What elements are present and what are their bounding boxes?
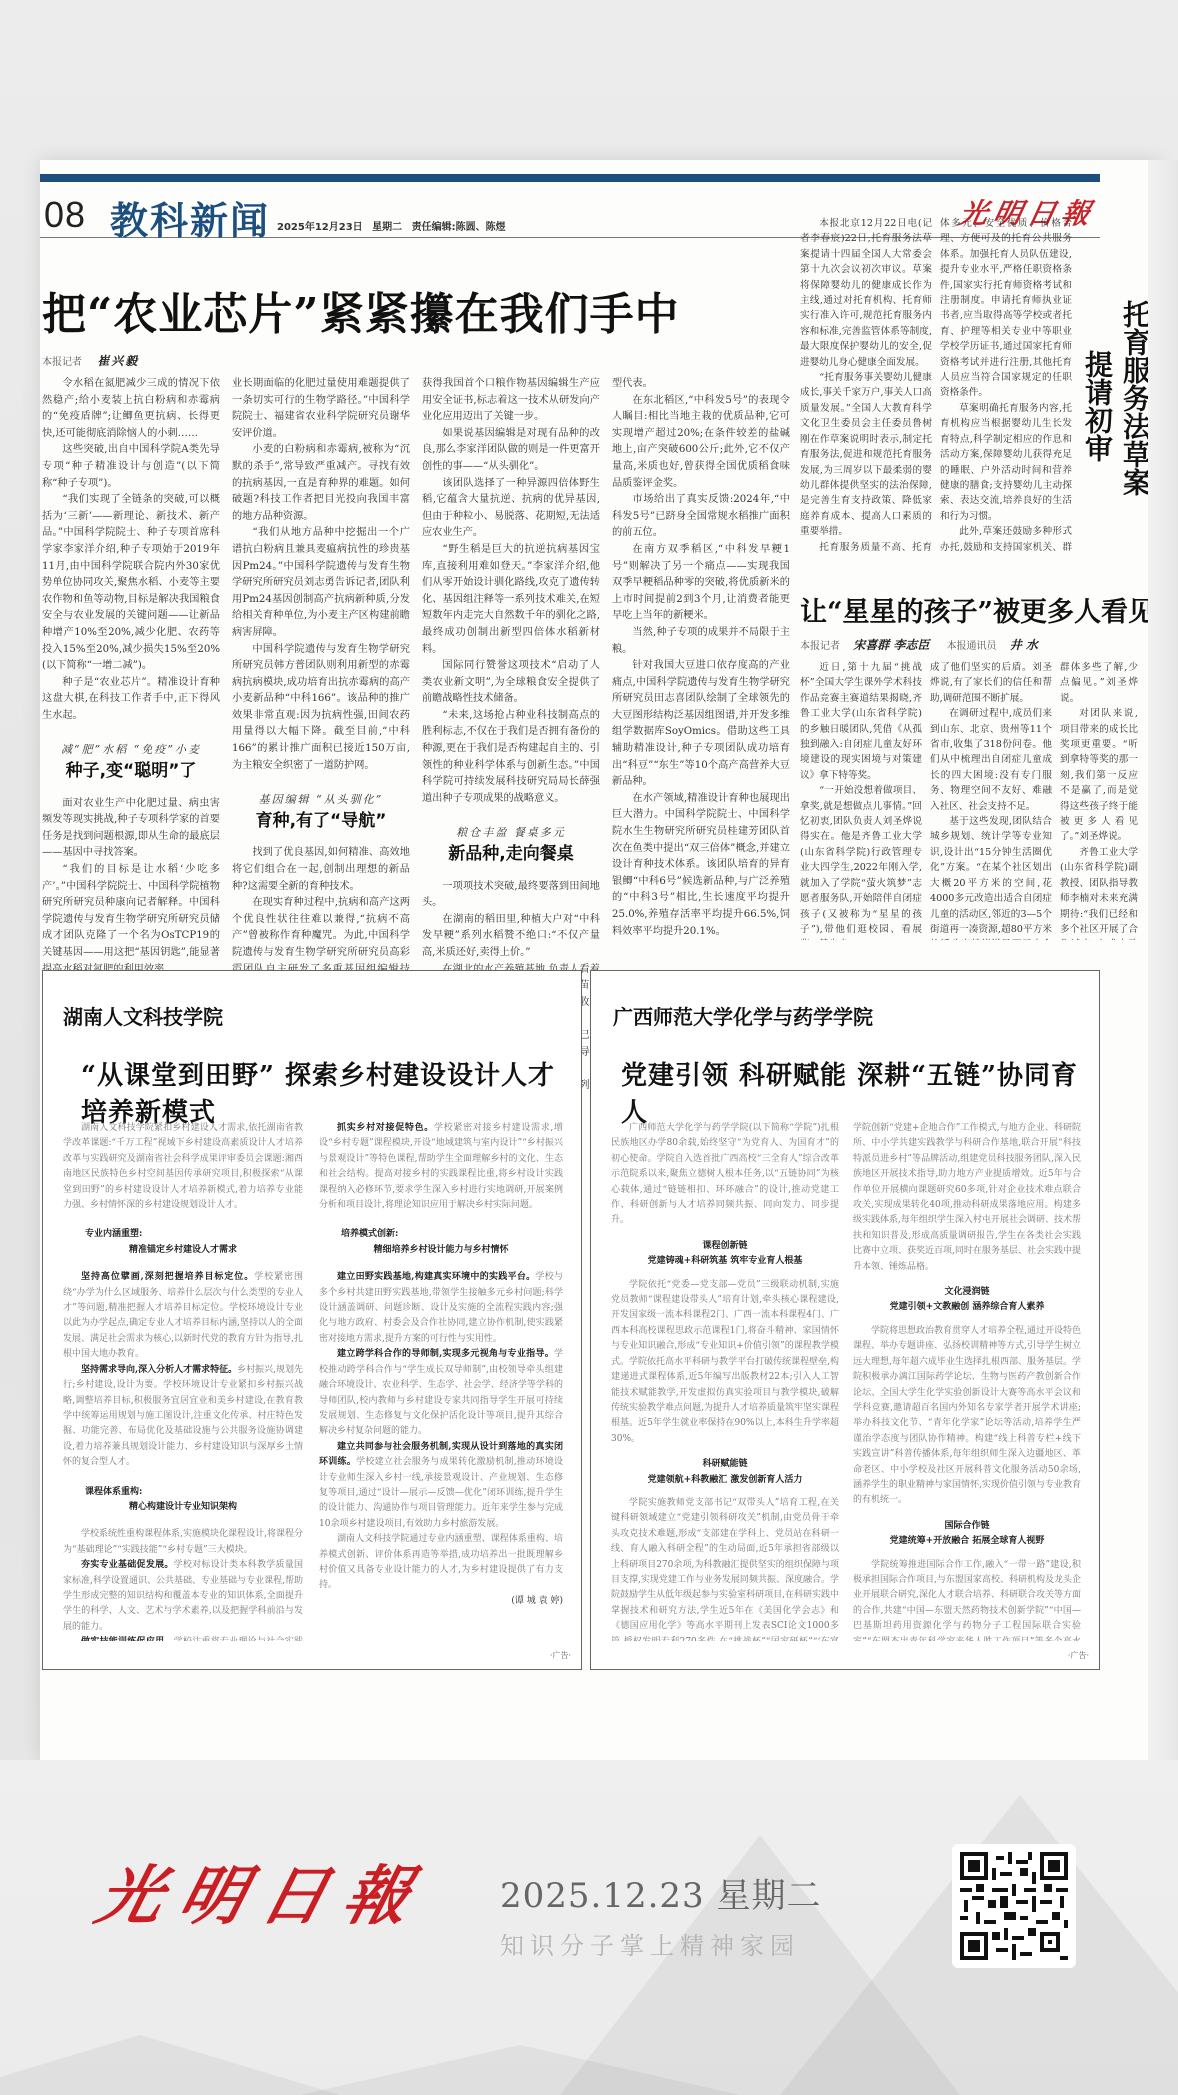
subhead-title: 新品种,走向餐桌 <box>422 846 600 863</box>
subhead-title: 种子,变“聪明”了 <box>42 763 220 780</box>
ad-guangxi: 广西师范大学化学与药学学院 党建引领 科研赋能 深耕“五链”协同育人 广西师范大… <box>590 970 1100 1670</box>
star-column-3: 群体多些了解,少点偏见。”刘圣烨说。 对团队来说,项目带来的成长比奖项更重要。“… <box>1060 660 1138 940</box>
paragraph: 获得我国首个口粮作物基因编辑生产应用安全证书,标志着这一技术从研发向产业化应用迈… <box>422 376 600 426</box>
paragraph: 学校对标设计类本科教学质量国家标准,科学设置通识、公共基础、专业基础与专业课程,… <box>63 1560 303 1632</box>
chain-name: 科研赋能链 <box>611 1457 839 1472</box>
page-edge-shadow <box>1148 160 1178 1760</box>
ad-subhead: 培养模式创新: 精细培养乡村设计能力与乡村情怀 <box>319 1227 563 1258</box>
paragraph: 种子是“农业芯片”。精准设计育种这盘大棋,在科技工作者手中,正下得风生水起。 <box>42 675 220 725</box>
paragraph: 一项项技术突破,最终要落到田间地头。 <box>422 879 600 912</box>
chain-subtitle: 党建铸魂+科研筑基 筑牢专业育人根基 <box>611 1254 839 1269</box>
subhead-title: 育种,有了“导航” <box>232 813 410 830</box>
paragraph: 基于这些发现,团队结合城乡规划、统计学等专业知识,设计出“15分钟生活圈优化”方… <box>930 814 1052 940</box>
signature: (谭 城 袁 婷) <box>319 1594 563 1609</box>
subhead-line-1: 课程体系重构: <box>63 1485 303 1500</box>
paragraph: 在湖南的稻田里,种植大户对“中科发早粳”系列水稻赞不绝口:“不仅产量高,米质还好… <box>422 912 600 962</box>
subhead-2: 基因编辑 “从头驯化” 育种,有了“导航” <box>232 792 410 829</box>
bold-lead: 做实技能训练促应用。 <box>81 1637 174 1641</box>
subhead-kicker: 减“肥”水稻 “免疫”小麦 <box>42 742 220 759</box>
mountain-decoration <box>0 2035 340 2095</box>
paragraph: 草案明确托育服务内容,托育机构应当根据婴幼儿生长发育特点,科学制定相应的作息和活… <box>940 401 1072 524</box>
paragraph: 学校建立社会服务与成果转化激励机制,推动环境设计专业师生深入乡村一线,承接景观设… <box>319 1457 563 1529</box>
paragraph: 广西师范大学化学与药学学院(以下简称“学院”)扎根民族地区办学80余载,始终坚守… <box>611 1121 839 1229</box>
paragraph: 市场给出了真实反馈:2024年,“中科发5号”已跻身全国常规水稻推广面积的前五位… <box>612 492 790 542</box>
star-column-1: 近日,第十九届“挑战杯”全国大学生课外学术科技作品竞赛主赛道结果揭晓,齐鲁工业大… <box>800 660 922 940</box>
paragraph: 齐鲁工业大学(山东省科学院)副教授、团队指导教师李楠对未来充满期待:“我们已经和… <box>1060 845 1138 940</box>
chain-subtitle: 党建引领+文教融创 涵养综合育人素养 <box>853 1300 1081 1315</box>
ad-column-2: 抓实乡村对接促特色。学校紧密对接乡村建设需求,增设“乡村专题”课程模块,开设“地… <box>319 1121 563 1641</box>
paragraph: 乡村振兴,规划先行;乡村建设,设计为要。学校环境设计专业紧扣乡村振兴战略,调整培… <box>63 1365 303 1467</box>
bold-lead: 建立跨学科合作的导师制,实现多元视角与专业指导。 <box>337 1349 554 1359</box>
paragraph: 本报北京12月22日电(记者李春宸)22日,托育服务法草案提请十四届全国人大常委… <box>800 216 932 370</box>
paragraph: 学校推动跨学科合作与“学生成长双导师制”,由校领导牵头组建融合环境设计、农业科学… <box>319 1349 563 1436</box>
paragraph: “我们实现了全链条的突破,可以概括为‘三新’——新理论、新技术、新产品。”中国科… <box>42 492 220 675</box>
ad-subhead: 专业内涵重塑: 精准锚定乡村建设人才需求 <box>63 1227 303 1258</box>
chain-name: 文化浸润链 <box>853 1285 1081 1300</box>
ad-hunan: 湖南人文科技学院 “从课堂到田野” 探索乡村建设设计人才培养新模式 湖南人文科技… <box>42 970 582 1670</box>
footer-newspaper-logo: 光明日報 <box>89 1845 440 1937</box>
paragraph: 面对农业生产中化肥过量、病虫害频发等现实挑战,种子专项科学家的首要任务是找到问题… <box>42 796 220 862</box>
paragraph: 在水产领域,精准设计育种也展现出巨大潜力。中国科学院院士、中国科学院水生生物研究… <box>612 791 790 936</box>
section-title: 教科新闻 <box>110 190 270 245</box>
byline-label: 本报记者 <box>800 641 840 652</box>
top-rule <box>40 174 1100 182</box>
paragraph: 当然,种子专项的成果并不局限于主粮。 <box>612 625 790 658</box>
byline-label-2: 本报通讯员 <box>947 641 997 652</box>
subhead-line-2: 精细培养乡村设计能力与乡村情怀 <box>319 1243 563 1258</box>
paragraph: 找到了优良基因,如何精准、高效地将它们组合在一起,创制出理想的新品种?这需要全新… <box>232 845 410 895</box>
byline-name: 崔兴毅 <box>97 354 139 368</box>
paragraph: 对团队来说,项目带来的成长比奖项更重要。“听到拿特等奖的那一刻,我们第一反应不是… <box>1060 706 1138 845</box>
paragraph: 体多元、安全优质、价格合理、方便可及的托育公共服务体系。加强托育人员队伍建设,提… <box>940 216 1072 401</box>
paragraph: 在调研过程中,成员们来到山东、北京、贵州等11个省市,收集了318份问卷。他们从… <box>930 706 1052 814</box>
ad-org-name: 广西师范大学化学与药学学院 <box>613 1001 873 1030</box>
paragraph: 针对我国大豆进口依存度高的产业痛点,中国科学院遗传与发育生物学研究所研究员田志喜… <box>612 658 790 791</box>
paragraph: 学院创新“党建+企地合作”工作模式,与地方企业、科研院所、中小学共建实践教学与科… <box>853 1121 1081 1275</box>
paragraph: “野生稻是巨大的抗逆抗病基因宝库,直接利用难如登天。”李家洋介绍,他们从零开始设… <box>422 542 600 658</box>
mountain-decoration <box>300 2045 740 2095</box>
subhead-kicker: 粮仓丰盈 餐桌多元 <box>422 825 600 842</box>
footer-banner: 光明日報 2025.12.23 星期二 知识分子掌上精神家园 <box>0 1760 1178 2095</box>
paragraph: 群体多些了解,少点偏见。”刘圣烨说。 <box>1060 660 1138 706</box>
paragraph: 学校与多个乡村共建田野实践基地,带领学生接触多元乡村问题;科学设计涵盖调研、问题… <box>319 1272 563 1344</box>
paragraph: 中国科学院遗传与发育生物学研究所研究员韩方普团队则利用新型的赤霉病抗病模块,成功… <box>232 642 410 775</box>
bold-lead: 建立田野实践基地,构建真实环境中的实践平台。 <box>337 1272 535 1282</box>
paragraph: 近日,第十九届“挑战杯”全国大学生课外学术科技作品竞赛主赛道结果揭晓,齐鲁工业大… <box>800 660 922 783</box>
chain-name: 国际合作链 <box>853 1519 1081 1534</box>
paragraph: 如果说基因编辑是对现有品种的改良,那么李家洋团队做的则是一件更富开创性的事——“… <box>422 426 600 476</box>
ad-column-1: 广西师范大学化学与药学学院(以下简称“学院”)扎根民族地区办学80余载,始终坚守… <box>611 1121 839 1641</box>
subhead-line-2: 精准锚定乡村建设人才需求 <box>63 1243 303 1258</box>
lead-byline: 本报记者 崔兴毅 <box>42 352 139 369</box>
masthead-editors: 责任编辑:陈圆、陈煜 <box>412 222 506 233</box>
star-column-2: 成了他们坚实的后盾。刘圣烨说,有了家长们的信任和帮助,调研范围不断扩展。 在调研… <box>930 660 1052 940</box>
chain-subtitle: 党建领航+科教融汇 激发创新育人活力 <box>611 1473 839 1488</box>
ad-mark: ·广告· <box>550 1650 571 1661</box>
ad-title: “从课堂到田野” 探索乡村建设设计人才培养新模式 <box>81 1055 581 1129</box>
lead-headline: 把“农业芯片”紧紧攥在我们手中 <box>42 278 680 342</box>
childcare-subheadline: 提请初审 <box>1082 350 1114 462</box>
paragraph: 小麦的白粉病和赤霉病,被称为“沉默的杀手”,常导致严重减产。寻找有效的抗病基因,… <box>232 442 410 525</box>
chain-heading: 科研赋能链 党建领航+科教融汇 激发创新育人活力 <box>611 1457 839 1488</box>
masthead-meta: 2025年12月23日 星期二 责任编辑:陈圆、陈煜 <box>277 218 506 233</box>
paragraph: 在东北稻区,“中科发5号”的表现令人瞩目:相比当地主栽的优质品种,它可实现增产超… <box>612 393 790 493</box>
childcare-column-2: 体多元、安全优质、价格合理、方便可及的托育公共服务体系。加强托育人员队伍建设,提… <box>940 216 1072 556</box>
chain-heading: 课程创新链 党建铸魂+科研筑基 筑牢专业育人根基 <box>611 1239 839 1270</box>
ad-mark: ·广告· <box>1068 1650 1089 1661</box>
paragraph: 湖南人文科技学院紧扣乡村建设人才需求,依托湖南省教学改革课题:“千万工程”视域下… <box>63 1121 303 1213</box>
chain-heading: 国际合作链 党建统筹+开放融合 拓展全球育人视野 <box>853 1519 1081 1550</box>
paragraph: 在南方双季稻区,“中科发早粳1号”则解决了另一个痛点——实现我国双季早粳稻品种零… <box>612 542 790 625</box>
paragraph: 学院统筹推进国际合作工作,融入“一带一路”建设,积极承担国际合作项目,与东盟国家… <box>853 1558 1081 1641</box>
subhead-3: 粮仓丰盈 餐桌多元 新品种,走向餐桌 <box>422 825 600 862</box>
paragraph: 学院将思想政治教育贯穿人才培养全程,通过开设特色课程、举办专题讲座、弘扬校训精神… <box>853 1324 1081 1509</box>
byline-label: 本报记者 <box>42 357 82 368</box>
paragraph: “我们从地方品种中挖掘出一个广谱抗白粉病且兼具麦瘟病抗性的珍贵基因Pm24。”中… <box>232 525 410 641</box>
paragraph: “托育服务事关婴幼儿健康成长,事关千家万户,事关人口高质量发展。”全国人大教育科… <box>800 370 932 539</box>
masthead-weekday: 星期二 <box>372 222 402 233</box>
chain-subtitle: 党建统筹+开放融合 拓展全球育人视野 <box>853 1534 1081 1549</box>
paragraph: “我们的目标是让水稻‘少吃多产’。”中国科学院院士、中国科学院植物研究所研究员种… <box>42 862 220 978</box>
ad-title: 党建引领 科研赋能 深耕“五链”协同育人 <box>621 1055 1099 1129</box>
paragraph: 托育服务质量不高、托育人员水平参差不齐……针对这些难点问题,草案明确相应措施。例… <box>800 540 932 556</box>
star-headline: 让“星星的孩子”被更多人看见 <box>800 590 1155 629</box>
ad-column-1: 湖南人文科技学院紧扣乡村建设人才需求,依托湖南省教学改革课题:“千万工程”视域下… <box>63 1121 303 1641</box>
subhead-line-1: 专业内涵重塑: <box>63 1227 303 1242</box>
paragraph: 令水稻在氮肥减少三成的情况下依然稳产;给小麦装上抗白粉病和赤霉病的“免疫盾牌”;… <box>42 376 220 442</box>
paragraph: 该团队选择了一种异源四倍体野生稻,它蕴含大量抗逆、抗病的优异基因,但由于种粒小、… <box>422 476 600 542</box>
paragraph: 这些突破,出自中国科学院A类先导专项“种子精准设计与创造”(以下简称“种子专项”… <box>42 442 220 492</box>
newspaper-page: 08 教科新闻 2025年12月23日 星期二 责任编辑:陈圆、陈煜 光明日報 … <box>40 160 1160 1760</box>
paragraph: 国际同行赞誉这项技术“启动了人类农业新文明”,为全球粮食安全提供了前瞻战略性技术… <box>422 658 600 708</box>
paragraph: 成了他们坚实的后盾。刘圣烨说,有了家长们的信任和帮助,调研范围不断扩展。 <box>930 660 1052 706</box>
paragraph: 业长期面临的化肥过量使用难题提供了一条切实可行的生物学路径。”中国科学院院士、福… <box>232 376 410 442</box>
subhead-1: 减“肥”水稻 “免疫”小麦 种子,变“聪明”了 <box>42 742 220 779</box>
paragraph: 学校系统性重构课程体系,实施模块化课程设计,将课程分为“基础理论”“实践技能”“… <box>63 1527 303 1558</box>
paragraph: “未来,这场抢占种业科技制高点的胜利标志,不仅在于我们是否拥有备份的种源,更在于… <box>422 708 600 808</box>
footer-date: 2025.12.23 星期二 <box>500 1868 821 1917</box>
paragraph: 学校紧密对接乡村建设需求,增设“乡村专题”课程模块,开设“地域建筑与室内设计”“… <box>319 1123 563 1210</box>
paragraph: 学院实施教师党支部书记“双带头人”培育工程,在关键科研领域建立“党建引领科研攻关… <box>611 1496 839 1641</box>
ad-column-2: 学院创新“党建+企地合作”工作模式,与地方企业、科研院所、中小学共建实践教学与科… <box>853 1121 1081 1641</box>
ad-subhead: 课程体系重构: 精心构建设计专业知识架构 <box>63 1485 303 1516</box>
byline-names: 宋喜群 李志臣 <box>853 638 929 652</box>
lead-column-4: 型代表。 在东北稻区,“中科发5号”的表现令人瞩目:相比当地主栽的优质品种,它可… <box>612 376 790 936</box>
chain-name: 课程创新链 <box>611 1239 839 1254</box>
paragraph: 型代表。 <box>612 376 790 393</box>
bold-lead: 坚持需求导向,深入分析人才需求特征。 <box>81 1365 237 1375</box>
subhead-line-2: 精心构建设计专业知识架构 <box>63 1500 303 1515</box>
childcare-column-1: 本报北京12月22日电(记者李春宸)22日,托育服务法草案提请十四届全国人大常委… <box>800 216 932 556</box>
bold-lead: 抓实乡村对接促特色。 <box>337 1123 434 1133</box>
bold-lead: 坚持高位擘画,深刻把握培养目标定位。 <box>81 1272 254 1282</box>
subhead-kicker: 基因编辑 “从头驯化” <box>232 792 410 809</box>
paragraph: 湖南人文科技学院通过专业内涵重塑、课程体系重构、培养模式创新、评价体系再造等举措… <box>319 1532 563 1594</box>
paragraph: “一开始没想着做项目、拿奖,就是想做点儿事情。”回忆初衷,团队负责人刘圣烨说得实… <box>800 783 922 940</box>
page-number: 08 <box>44 194 86 236</box>
ad-org-name: 湖南人文科技学院 <box>63 1001 223 1030</box>
byline-name-2: 井 水 <box>1010 638 1038 652</box>
paragraph: 此外,草案还鼓励多种形式办托,鼓励和支持国家机关、群团组织、事业单位、国有企业、… <box>940 524 1072 556</box>
chain-heading: 文化浸润链 党建引领+文教融创 涵养综合育人素养 <box>853 1285 1081 1316</box>
subhead-line-1: 培养模式创新: <box>319 1227 563 1242</box>
paragraph: 学校紧密围绕“办学为什么区域服务、培养什么层次与什么类型的专业人才”等问题,精准… <box>63 1272 303 1359</box>
footer-slogan: 知识分子掌上精神家园 <box>500 1926 800 1961</box>
paragraph: 学院依托“党委—党支部—党员”三级联动机制,实施党员教师“课程建设带头人”培育计… <box>611 1278 839 1447</box>
bold-lead: 夯实专业基础促发展。 <box>81 1560 174 1570</box>
qr-code-icon[interactable] <box>952 1844 1076 1968</box>
masthead-date: 2025年12月23日 <box>277 222 363 233</box>
star-byline: 本报记者 宋喜群 李志臣 本报通讯员 井 水 <box>800 636 1038 653</box>
